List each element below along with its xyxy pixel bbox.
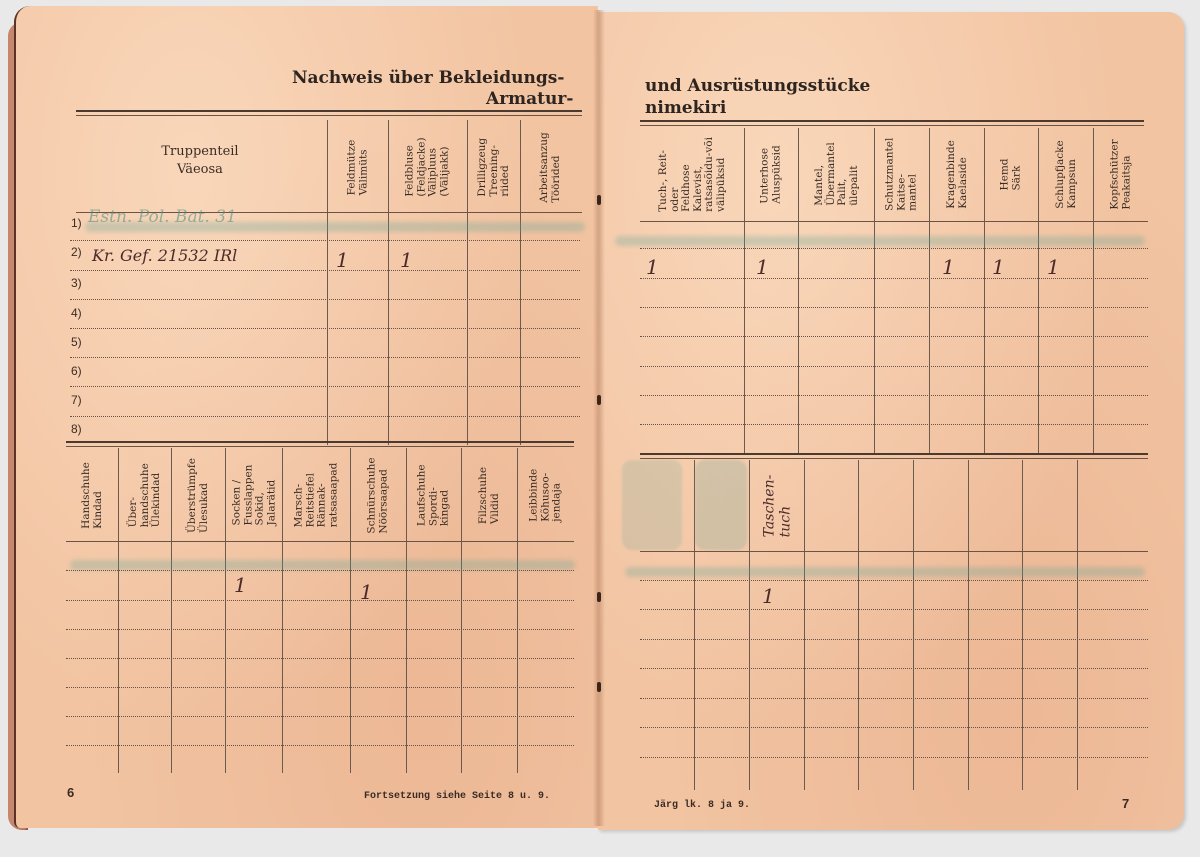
dotted-line [640,580,1148,581]
dotted-line [640,668,1148,669]
rule [66,441,574,443]
column-divider [858,460,859,790]
dotted-line [70,386,580,387]
handwritten-count: 1 [400,248,413,272]
column-divider [1077,460,1078,790]
col-schutzmantel: Schutzmantel Kaitse- mantel [875,128,929,220]
page-number-left: 6 [67,785,74,800]
dotted-line [66,687,574,688]
col-label: Schlupfjacke Kampsun [1055,140,1078,209]
dotted-line [640,278,1148,279]
col-handschuhe: Handschuhe Kindad [66,450,118,540]
binding-stitch [597,195,601,205]
col-label: Handschuhe Kindad [81,462,104,529]
col-label: Leibbinde Kõhusoo- jendaja [529,468,564,521]
dotted-line [640,395,1148,396]
dotted-line [640,336,1148,337]
dotted-line [66,745,574,746]
unit-header-de: Truppenteil [120,143,280,161]
dotted-line [70,357,580,358]
col-label: Feldbluse (Feldjacke) Välipluus (Välijak… [405,137,451,196]
col-unterhose: Unterhose Aluspüksid [745,128,798,220]
col-schnuerschuhe: Schnürschuhe Nöörsaapad [351,450,406,540]
binding-stitch [597,395,601,405]
handwritten-count: 1 [992,255,1005,279]
col-feldmuetze: Feldmütze Välimüts [328,122,388,212]
col-label: Unterhose Aluspüksid [760,145,783,203]
col-kopfschuetzer: Kopfschützer Peakaitsja [1094,128,1148,220]
col-label: Drilligzeug Treening- riided [477,138,512,197]
col-label: Socken / Fusslappen Sokid, Jalarätid [231,465,277,526]
dotted-line [640,757,1148,758]
col-feldhose: Tuch-, Reit- oder Feldhose Kalevist, rat… [640,128,744,220]
handwritten-count: 1 [336,248,349,272]
row-number: 3) [71,276,82,290]
col-marschstiefel: Marsch- Reitstiefel Rännak- ratsasaapad [283,450,350,540]
col-ueberstruempfe: Überstrümpfe Ülesukad [172,450,225,540]
col-label: Hemd Särk [1000,158,1023,190]
column-divider [913,460,914,790]
col-label: Marsch- Reitstiefel Rännak- ratsasaapad [293,463,339,528]
rule [66,541,574,542]
col-label: Taschen- tuch [761,475,793,538]
binding-stitch [597,682,601,692]
rule [640,551,1148,552]
stamp-smear [622,460,682,550]
col-drillichzeug: Drilligzeug Treening- riided [468,122,520,212]
dotted-line [66,570,574,571]
row-number: 2) [71,245,82,259]
handwritten-count: 1 [360,580,373,604]
rule [640,221,1148,222]
col-label: Arbeitsanzug Töörided [539,132,562,203]
rule [640,458,1148,459]
row-number: 8) [71,422,82,436]
title-left-line2: Armatur- [486,89,573,109]
stamp-smear [615,236,1145,246]
dotted-line [66,600,574,601]
binding-stitch [597,592,601,602]
dotted-line [70,270,580,271]
dotted-line [70,328,580,329]
column-divider [968,460,969,790]
dotted-line [640,727,1148,728]
dotted-line [640,698,1148,699]
col-label: Mantel, Übermantel Palit, ülepalit [813,142,859,206]
col-label: Über- handschuhe Ülekindad [128,463,163,527]
dotted-line [70,240,580,241]
dotted-line [640,609,1148,610]
row-number: 5) [71,335,82,349]
unit-header: Truppenteil Väeosa [120,143,280,179]
col-taschentuch-handwritten: Taschen- tuch [750,460,804,552]
unit-stamp: Estn. Pol. Bat. 31 [88,207,237,227]
col-schlupfjacke: Schlupfjacke Kampsun [1039,128,1093,220]
col-leibbinde: Leibbinde Kõhusoo- jendaja [518,450,574,540]
col-label: Schnürschuhe Nöörsaapad [367,457,390,533]
handwritten-unit: Kr. Gef. 21532 IRl [92,246,237,265]
col-label: Feldmütze Välimüts [346,139,369,195]
column-divider [804,460,805,790]
row-number: 1) [71,216,82,230]
footer-note-left: Fortsetzung siehe Seite 8 u. 9. [364,791,550,802]
col-hemd: Hemd Särk [985,128,1038,220]
dotted-line [66,658,574,659]
dotted-line [70,416,580,417]
row-number: 7) [71,393,82,407]
stamp-smear [70,560,575,570]
dotted-line [640,366,1148,367]
dotted-line [640,424,1148,425]
column-divider [1022,460,1023,790]
rule [640,120,1144,122]
dotted-line [640,639,1148,640]
col-label: Laufschuhe Spordi- kingad [417,464,452,526]
rule [66,446,574,447]
row-number: 6) [71,364,82,378]
col-label: Kopfschützer Peakaitsja [1110,139,1133,209]
handwritten-count: 1 [762,584,775,608]
dotted-line [640,248,1148,249]
dotted-line [66,629,574,630]
col-mantel: Mantel, Übermantel Palit, ülepalit [799,128,874,220]
col-label: Überstrümpfe Ülesukad [187,458,210,533]
col-laufschuhe: Laufschuhe Spordi- kingad [407,450,461,540]
rule [640,453,1148,455]
stamp-smear [695,460,747,550]
handwritten-count: 1 [1047,255,1060,279]
col-label: Filzschuhe Vildid [478,466,501,523]
rule [640,125,1144,126]
page-number-right: 7 [1122,796,1129,811]
col-arbeitsanzug: Arbeitsanzug Töörided [521,122,579,212]
col-filzschuhe: Filzschuhe Vildid [462,450,517,540]
title-left-line1: Nachweis über Bekleidungs- [292,68,564,88]
col-kragenbinde: Kragenbinde Kaelaside [930,128,984,220]
dotted-line [66,716,574,717]
title-right-line2: nimekiri [645,98,726,118]
col-feldbluse: Feldbluse (Feldjacke) Välipluus (Välijak… [389,122,467,212]
handwritten-count: 1 [756,255,769,279]
handwritten-count: 1 [942,255,955,279]
footer-note-right: Järg lk. 8 ja 9. [654,800,750,811]
handwritten-count: 1 [646,255,659,279]
col-ueberhandschuhe: Über- handschuhe Ülekindad [119,450,171,540]
col-socken: Socken / Fusslappen Sokid, Jalarätid [226,450,282,540]
col-label: Schutzmantel Kaitse- mantel [885,137,920,210]
rule [76,110,582,112]
row-number: 4) [71,306,82,320]
book-gutter [593,10,605,826]
unit-header-et: Väeosa [120,161,280,179]
col-label: Kragenbinde Kaelaside [946,140,969,209]
rule [76,115,582,116]
dotted-line [640,307,1148,308]
title-right-line1: und Ausrüstungsstücke [645,76,870,96]
handwritten-count: 1 [234,573,247,597]
dotted-line [70,299,580,300]
stamp-smear [625,567,1145,577]
col-label: Tuch-, Reit- oder Feldhose Kalevist, rat… [657,137,726,212]
